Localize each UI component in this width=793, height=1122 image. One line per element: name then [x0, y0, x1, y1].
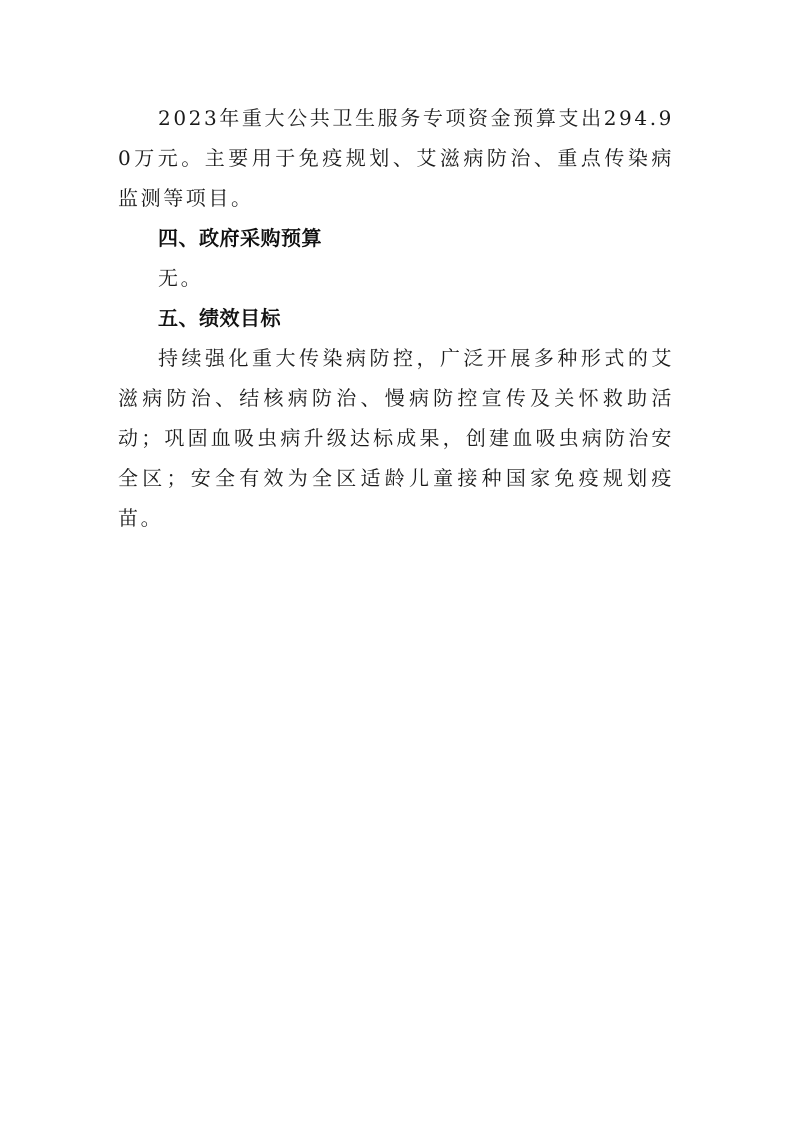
section-heading-government-procurement: 四、政府采购预算: [118, 218, 674, 258]
section-heading-performance-goals: 五、绩效目标: [118, 298, 674, 338]
procurement-paragraph: 无。: [118, 258, 674, 298]
performance-goals-paragraph: 持续强化重大传染病防控，广泛开展多种形式的艾滋病防治、结核病防治、慢病防控宣传及…: [118, 338, 674, 538]
document-page: 2023年重大公共卫生服务专项资金预算支出294.90万元。主要用于免疫规划、艾…: [118, 98, 674, 538]
budget-paragraph: 2023年重大公共卫生服务专项资金预算支出294.90万元。主要用于免疫规划、艾…: [118, 98, 674, 218]
